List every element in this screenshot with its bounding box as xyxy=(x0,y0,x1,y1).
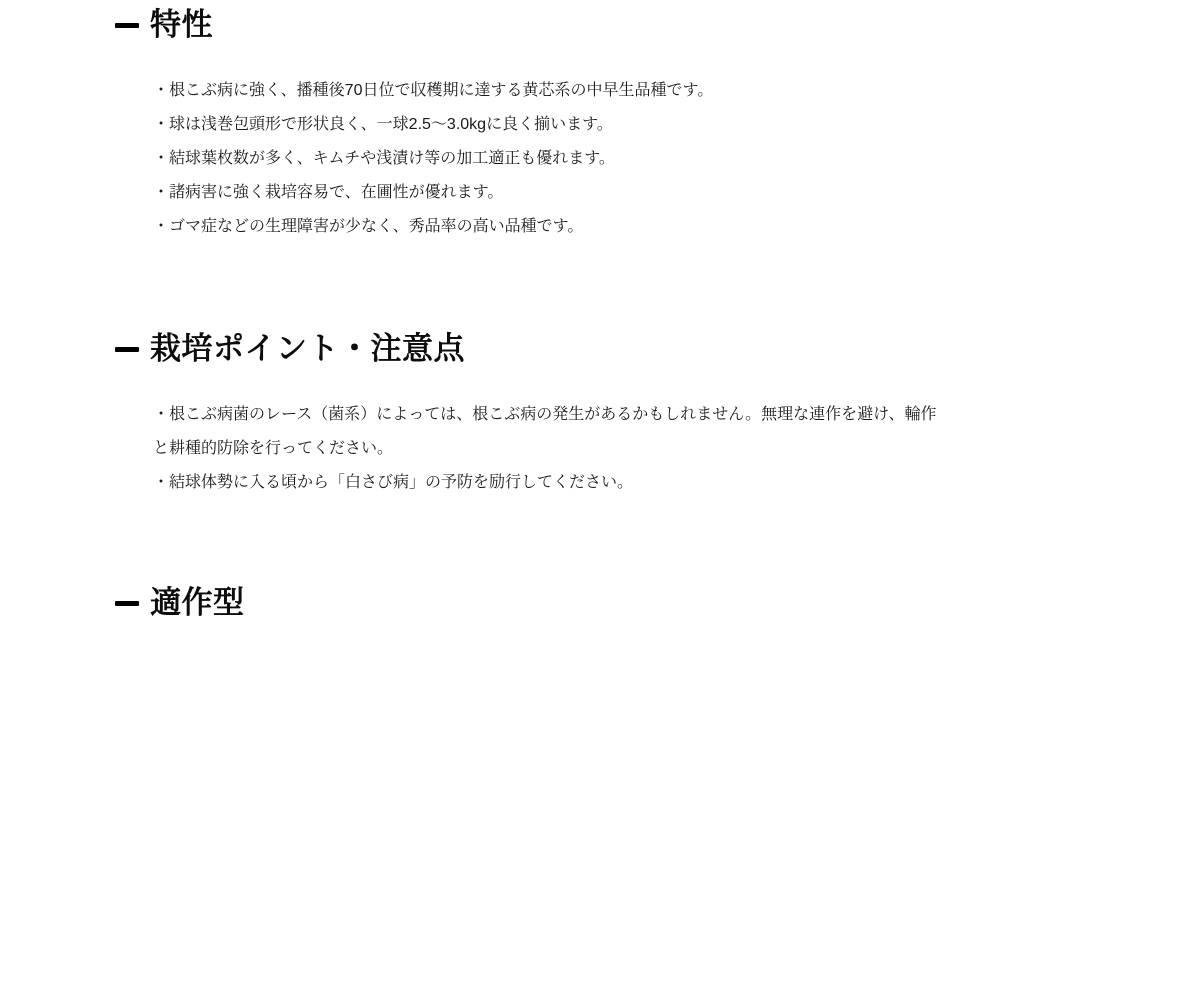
bullet-text: ・根こぶ病菌のレース（菌系）によっては、根こぶ病の発生があるかもしれません。無理… xyxy=(153,398,943,466)
section-title-suitable-cropping-type: 適作型 xyxy=(150,580,245,626)
collapse-minus-icon[interactable] xyxy=(115,601,139,606)
bullet-text: ・結球葉枚数が多く、キムチや浅漬け等の加工適正も優れます。 xyxy=(153,142,943,176)
section-suitable-cropping-type: 適作型 xyxy=(0,580,1200,626)
page: 特性 ・根こぶ病に強く、播種後70日位で収穫期に達する黄芯系の中早生品種です。・… xyxy=(0,0,1200,626)
section-title-characteristics: 特性 xyxy=(150,2,213,48)
section-title-cultivation-points: 栽培ポイント・注意点 xyxy=(150,326,465,372)
collapse-minus-icon[interactable] xyxy=(115,23,139,28)
section-header-characteristics[interactable]: 特性 xyxy=(115,2,1200,48)
section-cultivation-points: 栽培ポイント・注意点 ・根こぶ病菌のレース（菌系）によっては、根こぶ病の発生があ… xyxy=(0,326,1200,500)
section-characteristics: 特性 ・根こぶ病に強く、播種後70日位で収穫期に達する黄芯系の中早生品種です。・… xyxy=(0,2,1200,244)
bullet-text: ・結球体勢に入る頃から「白さび病」の予防を励行してください。 xyxy=(153,466,943,500)
bullet-text: ・根こぶ病に強く、播種後70日位で収穫期に達する黄芯系の中早生品種です。 xyxy=(153,74,943,108)
bullet-text: ・ゴマ症などの生理障害が少なく、秀品率の高い品種です。 xyxy=(153,210,943,244)
section-header-cultivation-points[interactable]: 栽培ポイント・注意点 xyxy=(115,326,1200,372)
section-body-characteristics: ・根こぶ病に強く、播種後70日位で収穫期に達する黄芯系の中早生品種です。・球は浅… xyxy=(153,74,943,244)
section-body-cultivation-points: ・根こぶ病菌のレース（菌系）によっては、根こぶ病の発生があるかもしれません。無理… xyxy=(153,398,943,500)
bullet-text: ・球は浅巻包頭形で形状良く、一球2.5～3.0kgに良く揃います。 xyxy=(153,108,943,142)
section-header-suitable-cropping-type[interactable]: 適作型 xyxy=(115,580,1200,626)
collapse-minus-icon[interactable] xyxy=(115,347,139,352)
bullet-text: ・諸病害に強く栽培容易で、在圃性が優れます。 xyxy=(153,176,943,210)
